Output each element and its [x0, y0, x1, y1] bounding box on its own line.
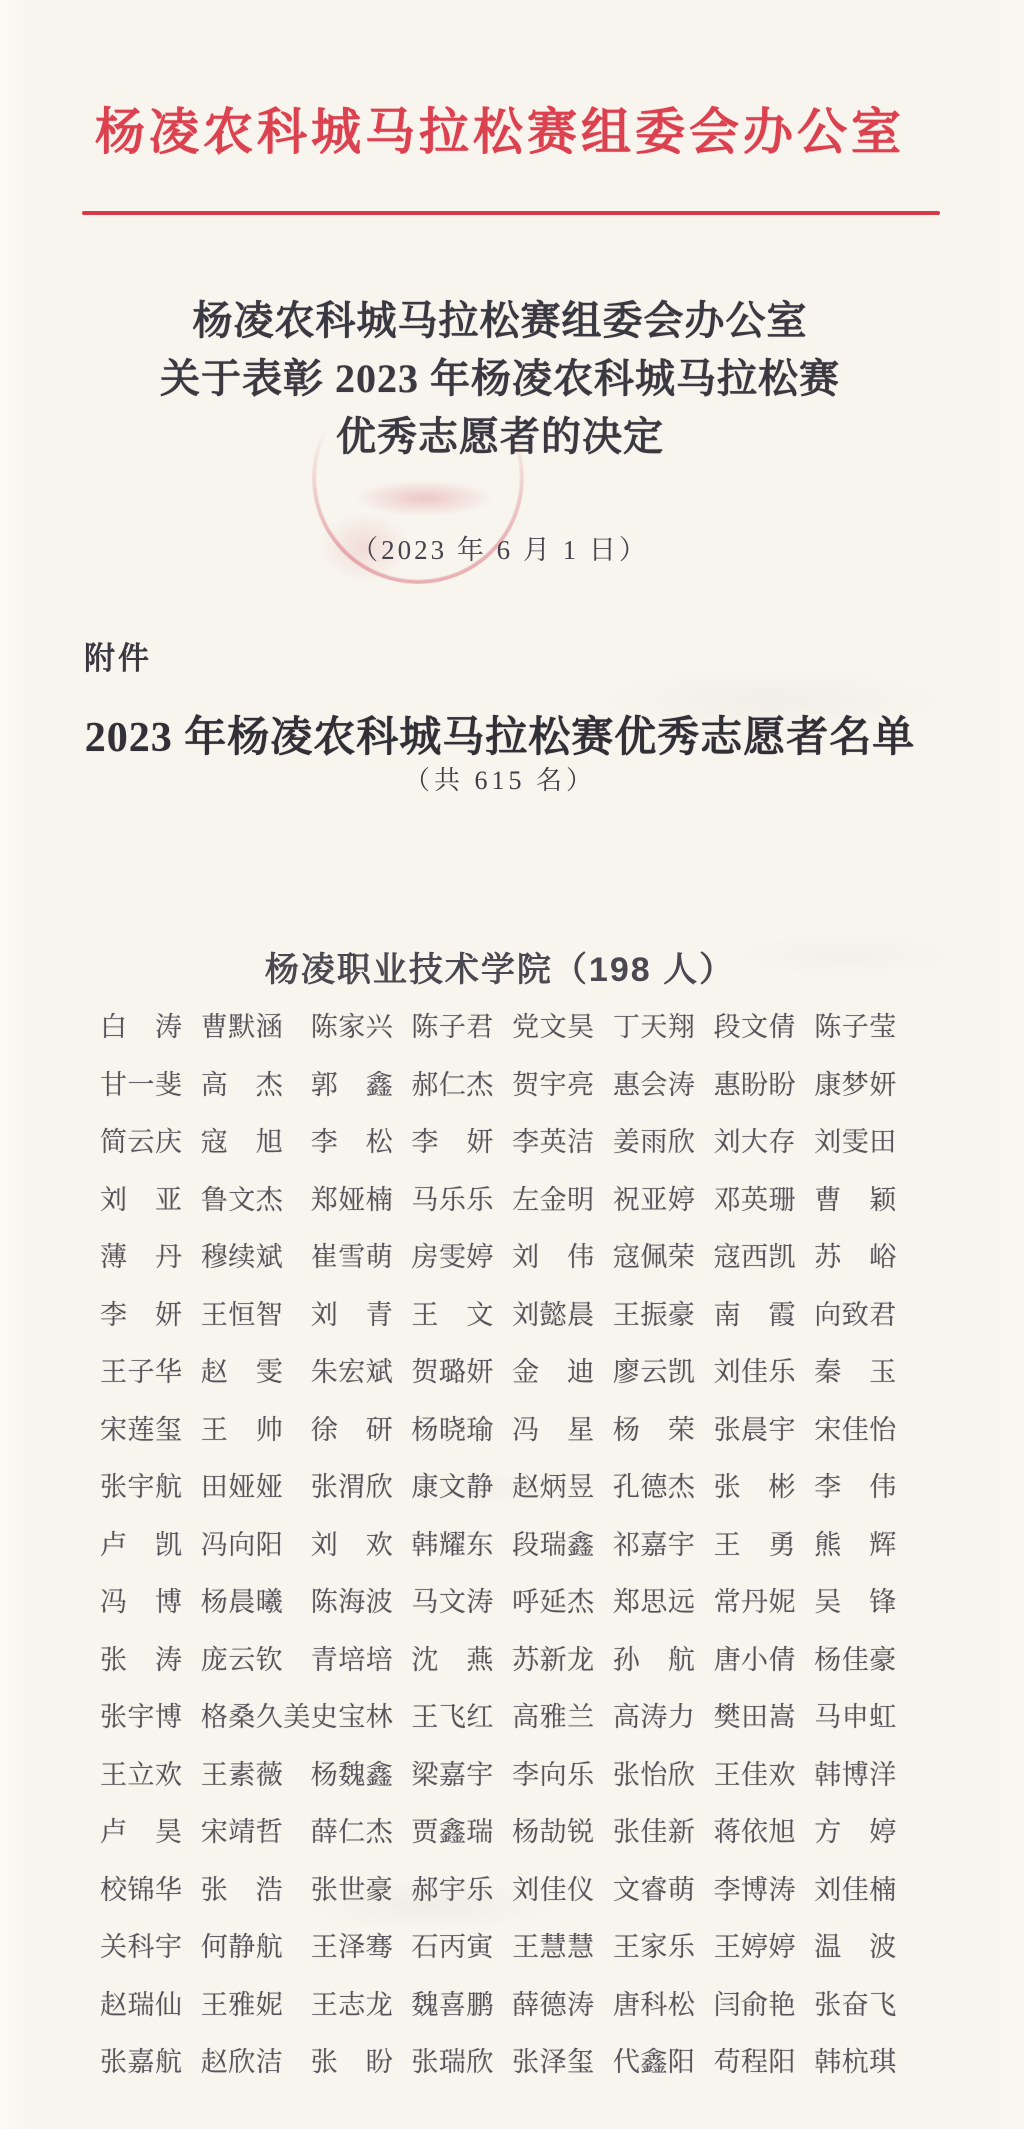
volunteer-name: 金 迪 [512, 1350, 613, 1408]
volunteer-name: 陈子莹 [814, 1005, 915, 1063]
volunteer-name: 青培培 [311, 1638, 412, 1696]
volunteer-name: 贾鑫瑞 [411, 1810, 512, 1868]
volunteer-name: 张嘉航 [100, 2040, 201, 2098]
volunteer-name: 赵瑞仙 [100, 1983, 201, 2041]
volunteer-name: 丁天翔 [613, 1005, 714, 1063]
volunteer-name: 房雯婷 [411, 1235, 512, 1293]
volunteer-name: 康文静 [411, 1465, 512, 1523]
volunteer-name: 向致君 [814, 1293, 915, 1351]
volunteer-name: 李英洁 [512, 1120, 613, 1178]
volunteer-name: 高雅兰 [512, 1695, 613, 1753]
volunteer-name: 李向乐 [512, 1753, 613, 1811]
volunteer-name: 左金明 [512, 1178, 613, 1236]
volunteer-name: 张宇博 [100, 1695, 201, 1753]
volunteer-name: 段瑞鑫 [512, 1523, 613, 1581]
volunteer-name: 常丹妮 [714, 1580, 815, 1638]
volunteer-name: 刘懿晨 [512, 1293, 613, 1351]
volunteer-name: 郝宇乐 [411, 1868, 512, 1926]
volunteer-name: 刘大存 [714, 1120, 815, 1178]
volunteer-name: 高涛力 [613, 1695, 714, 1753]
volunteer-name: 陈海波 [311, 1580, 412, 1638]
volunteer-name: 杨佳豪 [814, 1638, 915, 1696]
volunteer-name: 石丙寅 [411, 1925, 512, 1983]
document-title: 杨凌农科城马拉松赛组委会办公室 关于表彰 2023 年杨凌农科城马拉松赛 优秀志… [0, 292, 1000, 466]
volunteer-name: 王振豪 [613, 1293, 714, 1351]
volunteer-name: 张瑞欣 [411, 2040, 512, 2098]
volunteer-name: 徐 研 [311, 1408, 412, 1466]
volunteer-name: 张佳新 [613, 1810, 714, 1868]
volunteer-name: 张 涛 [100, 1638, 201, 1696]
volunteer-name: 王素薇 [201, 1753, 311, 1811]
volunteer-name: 杨晓瑜 [411, 1408, 512, 1466]
volunteer-name: 李 伟 [814, 1465, 915, 1523]
volunteer-name: 赵欣洁 [201, 2040, 311, 2098]
volunteer-name: 曹 颖 [814, 1178, 915, 1236]
volunteer-name: 王子华 [100, 1350, 201, 1408]
volunteer-name: 寇佩荣 [613, 1235, 714, 1293]
volunteer-name: 张晨宇 [714, 1408, 815, 1466]
volunteer-name: 何静航 [201, 1925, 311, 1983]
volunteer-name: 王 帅 [201, 1408, 311, 1466]
volunteer-count-note: （共 615 名） [0, 760, 1000, 797]
volunteer-name: 刘雯田 [814, 1120, 915, 1178]
volunteer-name: 郑思远 [613, 1580, 714, 1638]
volunteer-name: 沈 燕 [411, 1638, 512, 1696]
volunteer-name: 卢 昊 [100, 1810, 201, 1868]
volunteer-name: 吴 锋 [814, 1580, 915, 1638]
volunteer-name: 李 松 [311, 1120, 412, 1178]
volunteer-name: 冯 博 [100, 1580, 201, 1638]
volunteer-name: 惠会涛 [613, 1063, 714, 1121]
volunteer-name: 王恒智 [201, 1293, 311, 1351]
volunteer-name: 梁嘉宇 [411, 1753, 512, 1811]
volunteer-name: 南 霞 [714, 1293, 815, 1351]
volunteer-name: 张 浩 [201, 1868, 311, 1926]
volunteer-name: 崔雪萌 [311, 1235, 412, 1293]
volunteer-name: 朱宏斌 [311, 1350, 412, 1408]
volunteer-name: 赵炳昱 [512, 1465, 613, 1523]
volunteer-name: 李 妍 [100, 1293, 201, 1351]
volunteer-name: 郭 鑫 [311, 1063, 412, 1121]
volunteer-name: 王慧慧 [512, 1925, 613, 1983]
volunteer-name: 张 彬 [714, 1465, 815, 1523]
volunteer-name: 惠盼盼 [714, 1063, 815, 1121]
volunteer-name: 简云庆 [100, 1120, 201, 1178]
volunteer-name: 马文涛 [411, 1580, 512, 1638]
volunteer-name: 韩耀东 [411, 1523, 512, 1581]
seal-ink-smudge [354, 480, 494, 516]
volunteer-name: 苏 峪 [814, 1235, 915, 1293]
volunteer-name: 康梦妍 [814, 1063, 915, 1121]
volunteer-name: 祁嘉宇 [613, 1523, 714, 1581]
volunteer-name: 杨 荣 [613, 1408, 714, 1466]
volunteer-name: 张怡欣 [613, 1753, 714, 1811]
volunteer-name: 卢 凯 [100, 1523, 201, 1581]
volunteer-name: 祝亚婷 [613, 1178, 714, 1236]
volunteer-name: 杨魏鑫 [311, 1753, 412, 1811]
volunteer-name: 宋佳怡 [814, 1408, 915, 1466]
volunteer-name: 韩杭琪 [814, 2040, 915, 2098]
volunteer-name: 郑娅楠 [311, 1178, 412, 1236]
volunteer-name: 孔德杰 [613, 1465, 714, 1523]
volunteer-name: 杨晨曦 [201, 1580, 311, 1638]
volunteer-name: 王婷婷 [714, 1925, 815, 1983]
volunteer-name: 张宇航 [100, 1465, 201, 1523]
volunteer-name: 文睿萌 [613, 1868, 714, 1926]
volunteer-name: 王 勇 [714, 1523, 815, 1581]
volunteer-name: 冯 星 [512, 1408, 613, 1466]
volunteer-name: 张 盼 [311, 2040, 412, 2098]
volunteer-name: 温 波 [814, 1925, 915, 1983]
volunteer-name: 关科宇 [100, 1925, 201, 1983]
volunteer-name: 贺璐妍 [411, 1350, 512, 1408]
volunteer-name: 薄 丹 [100, 1235, 201, 1293]
volunteer-name: 呼延杰 [512, 1580, 613, 1638]
volunteer-name: 寇西凯 [714, 1235, 815, 1293]
volunteer-name: 刘佳乐 [714, 1350, 815, 1408]
volunteer-name: 秦 玉 [814, 1350, 915, 1408]
volunteer-name: 蒋依旭 [714, 1810, 815, 1868]
volunteer-name: 韩博洋 [814, 1753, 915, 1811]
volunteer-name: 王立欢 [100, 1753, 201, 1811]
volunteer-name: 格桑久美 [201, 1695, 311, 1753]
volunteer-name: 王雅妮 [201, 1983, 311, 2041]
volunteer-name: 李博涛 [714, 1868, 815, 1926]
volunteer-name: 刘 伟 [512, 1235, 613, 1293]
document-date: （2023 年 6 月 1 日） [0, 528, 1000, 567]
volunteer-name: 刘佳楠 [814, 1868, 915, 1926]
volunteer-name: 苟程阳 [714, 2040, 815, 2098]
volunteer-name: 刘 亚 [100, 1178, 201, 1236]
volunteer-name: 代鑫阳 [613, 2040, 714, 2098]
letterhead-divider-rule [82, 211, 940, 215]
volunteer-name: 党文昊 [512, 1005, 613, 1063]
volunteer-name: 杨劼锐 [512, 1810, 613, 1868]
volunteer-name: 穆续斌 [201, 1235, 311, 1293]
volunteer-name: 宋靖哲 [201, 1810, 311, 1868]
letterhead-title: 杨凌农科城马拉松赛组委会办公室 [0, 92, 1000, 164]
volunteer-name: 廖云凯 [613, 1350, 714, 1408]
volunteer-name: 刘 青 [311, 1293, 412, 1351]
volunteer-name: 王泽骞 [311, 1925, 412, 1983]
volunteer-name: 唐小倩 [714, 1638, 815, 1696]
volunteer-name: 苏新龙 [512, 1638, 613, 1696]
volunteer-name: 段文倩 [714, 1005, 815, 1063]
volunteer-name: 史宝林 [311, 1695, 412, 1753]
volunteer-name: 郝仁杰 [411, 1063, 512, 1121]
volunteer-name: 王 文 [411, 1293, 512, 1351]
volunteer-name-grid: 白 涛曹默涵陈家兴陈子君党文昊丁天翔段文倩陈子莹甘一斐高 杰郭 鑫郝仁杰贺宇亮惠… [100, 1005, 915, 2098]
volunteer-name: 刘 欢 [311, 1523, 412, 1581]
volunteer-name: 方 婷 [814, 1810, 915, 1868]
volunteer-name: 甘一斐 [100, 1063, 201, 1121]
volunteer-name: 张奋飞 [814, 1983, 915, 2041]
attachment-label: 附件 [84, 633, 152, 678]
volunteer-name: 马乐乐 [411, 1178, 512, 1236]
volunteer-name: 鲁文杰 [201, 1178, 311, 1236]
volunteer-name: 樊田嵩 [714, 1695, 815, 1753]
volunteer-name: 邓英珊 [714, 1178, 815, 1236]
volunteer-name: 熊 辉 [814, 1523, 915, 1581]
volunteer-name: 宋莲玺 [100, 1408, 201, 1466]
volunteer-name: 张泽玺 [512, 2040, 613, 2098]
volunteer-name: 马申虹 [814, 1695, 915, 1753]
document-page: 杨凌农科城马拉松赛组委会办公室 杨凌农科城马拉松赛组委会办公室 关于表彰 202… [0, 0, 1024, 2129]
section-heading-college: 杨凌职业技术学院（198 人） [0, 942, 1000, 991]
volunteer-name: 薛德涛 [512, 1983, 613, 2041]
volunteer-name: 王志龙 [311, 1983, 412, 2041]
volunteer-name: 姜雨欣 [613, 1120, 714, 1178]
volunteer-name: 高 杰 [201, 1063, 311, 1121]
volunteer-name: 王佳欢 [714, 1753, 815, 1811]
volunteer-name: 唐科松 [613, 1983, 714, 2041]
volunteer-name: 李 妍 [411, 1120, 512, 1178]
document-title-line-1: 杨凌农科城马拉松赛组委会办公室 [0, 292, 1000, 350]
volunteer-list-title: 2023 年杨凌农科城马拉松赛优秀志愿者名单 [0, 704, 1000, 764]
volunteer-name: 王家乐 [613, 1925, 714, 1983]
volunteer-name: 田娅娅 [201, 1465, 311, 1523]
volunteer-name: 贺宇亮 [512, 1063, 613, 1121]
volunteer-name: 庞云钦 [201, 1638, 311, 1696]
volunteer-name: 薛仁杰 [311, 1810, 412, 1868]
volunteer-name: 张世豪 [311, 1868, 412, 1926]
volunteer-name: 孙 航 [613, 1638, 714, 1696]
volunteer-name: 白 涛 [100, 1005, 201, 1063]
volunteer-name: 赵 雯 [201, 1350, 311, 1408]
volunteer-name: 陈子君 [411, 1005, 512, 1063]
document-title-line-2: 关于表彰 2023 年杨凌农科城马拉松赛 [0, 350, 1000, 408]
volunteer-name: 王飞红 [411, 1695, 512, 1753]
volunteer-name: 寇 旭 [201, 1120, 311, 1178]
volunteer-name: 冯向阳 [201, 1523, 311, 1581]
volunteer-name: 魏喜鹏 [411, 1983, 512, 2041]
volunteer-name: 张渭欣 [311, 1465, 412, 1523]
volunteer-name: 陈家兴 [311, 1005, 412, 1063]
volunteer-name: 曹默涵 [201, 1005, 311, 1063]
volunteer-name: 闫俞艳 [714, 1983, 815, 2041]
volunteer-name: 校锦华 [100, 1868, 201, 1926]
document-title-line-3: 优秀志愿者的决定 [0, 408, 1000, 466]
volunteer-name: 刘佳仪 [512, 1868, 613, 1926]
